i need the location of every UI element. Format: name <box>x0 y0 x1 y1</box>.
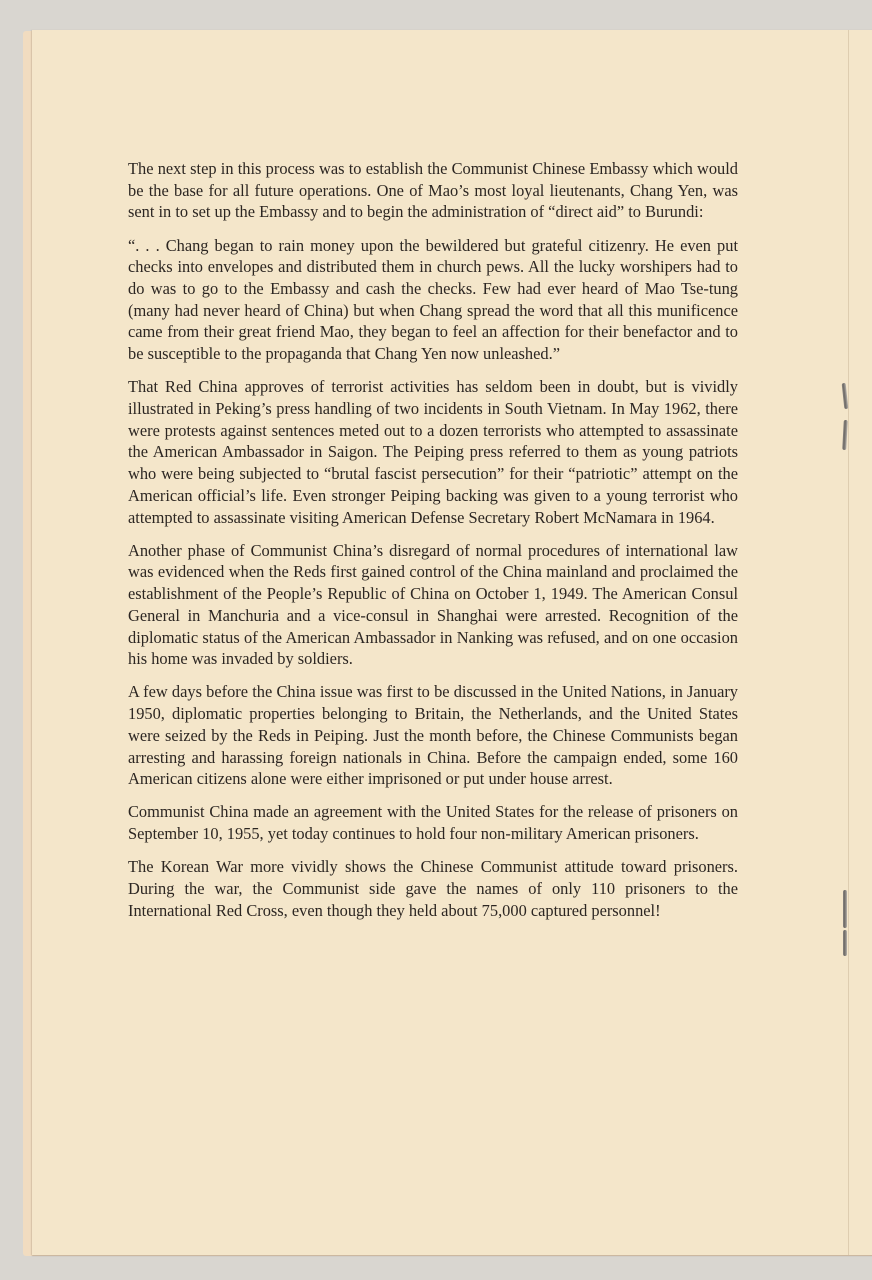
fold-line <box>848 30 849 1255</box>
paragraph-korean-war: The Korean War more vividly shows the Ch… <box>128 856 738 921</box>
paragraph-embassy: The next step in this process was to est… <box>128 158 738 223</box>
paragraph-diplomatic-properties: A few days before the China issue was fi… <box>128 681 738 790</box>
paragraph-quote-chang: “. . . Chang began to rain money upon th… <box>128 235 738 365</box>
paragraph-international-law: Another phase of Communist China’s disre… <box>128 540 738 670</box>
paragraph-prisoner-agreement: Communist China made an agreement with t… <box>128 801 738 844</box>
paragraph-terrorist-activities: That Red China approves of terrorist act… <box>128 376 738 528</box>
staple-lower-bottom <box>843 930 847 956</box>
body-text: The next step in this process was to est… <box>128 158 738 933</box>
staple-lower-top <box>843 890 847 928</box>
